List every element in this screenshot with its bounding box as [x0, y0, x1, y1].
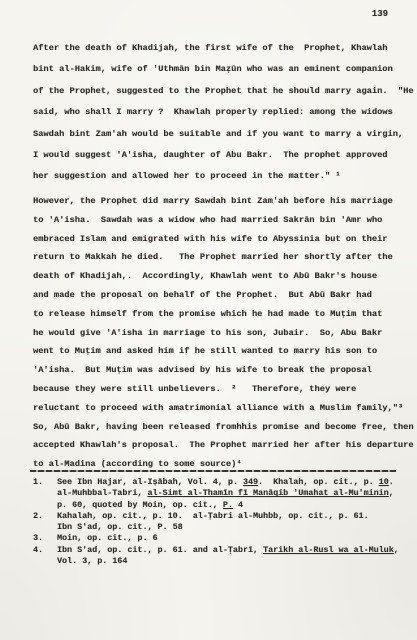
text-line: 'A'isha. But Muṭim was advised by his wi…: [33, 365, 405, 384]
footnote-line: p. 60, quoted by Moin, op. cit., P. 4: [57, 500, 405, 511]
footnote-line: See Ibn Hajar, al-Iṣābah, Vol. 4, p. 349…: [57, 477, 405, 488]
footnotes: 1. See Ibn Hajar, al-Iṣābah, Vol. 4, p. …: [33, 477, 405, 567]
footnote-line: Ibn S'ad, op. cit., P. 58: [57, 522, 405, 533]
text-line: to release himself from the promise whic…: [33, 309, 405, 328]
text-line: After the death of Khadijah, the first w…: [33, 43, 405, 64]
text-line: her suggestion and allowed her to procee…: [33, 171, 405, 192]
footnote-item: 4. Ibn S'ad, op. cit., p. 61. and al-Ṭab…: [33, 545, 405, 568]
footnote-number: 1.: [33, 477, 57, 488]
text-line: reluctant to proceed with amatrimonial a…: [33, 403, 405, 422]
footnote-divider: [30, 470, 396, 472]
text-line: Sawdah bint Zam'ah would be suitable and…: [33, 129, 405, 150]
text-line: to al-Madina (according to some source)⁴: [33, 459, 405, 478]
page-number: 139: [372, 9, 388, 19]
text-line: accepted Khawlah's proposal. The Prophet…: [33, 440, 405, 459]
footnote-number: 3.: [33, 533, 57, 544]
text-line: So, Abū Bakr, having been released fromh…: [33, 422, 405, 441]
footnote-number: 2.: [33, 511, 57, 522]
footnote-line: Kahalah, op. cit., p. 10. al-Ṭabri al-Mu…: [57, 511, 405, 522]
paragraph-1: After the death of Khadijah, the first w…: [33, 43, 405, 193]
footnote-item: 1. See Ibn Hajar, al-Iṣābah, Vol. 4, p. …: [33, 477, 405, 511]
footnote-line: al-Muhbbal-Tabri, al-Simt al-Thamīn fī M…: [57, 488, 405, 499]
text-line: he would give 'A'isha in marriage to his…: [33, 328, 405, 347]
footnote-item: 2. Kahalah, op. cit., p. 10. al-Ṭabri al…: [33, 511, 405, 534]
footnote-number: 4.: [33, 545, 57, 556]
paragraph-2: However, the Prophet did marry Sawdah bi…: [33, 196, 405, 478]
text-line: death of Khadijah,. Accordingly, Khawlah…: [33, 271, 405, 290]
text-line: of the Prophet, suggested to the Prophet…: [33, 86, 405, 107]
text-line: bint al-Hakim, wife of 'Uthmān bin Maẓūn…: [33, 64, 405, 85]
text-line: return to Makkah he died. The Prophet ma…: [33, 252, 405, 271]
text-line: However, the Prophet did marry Sawdah bi…: [33, 196, 405, 215]
text-line: because they were still unbelievers. ² T…: [33, 384, 405, 403]
footnote-line: Vol. 3, p. 164: [57, 556, 405, 567]
scanned-page: 139 After the death of Khadijah, the fir…: [0, 0, 417, 640]
footnote-line: Moin, op. cit., p. 6: [57, 533, 405, 544]
text-line: said, who shall I marry ? Khawlah proper…: [33, 107, 405, 128]
text-line: embraced Islam and emigrated with his wi…: [33, 234, 405, 253]
text-line: went to Muṭim and asked him if he still …: [33, 346, 405, 365]
text-line: and made the proposal on behalf of the P…: [33, 290, 405, 309]
text-line: to 'A'isha. Sawdah was a widow who had m…: [33, 215, 405, 234]
footnote-line: Ibn S'ad, op. cit., p. 61. and al-Ṭabrī,…: [57, 545, 405, 556]
footnote-item: 3. Moin, op. cit., p. 6: [33, 533, 405, 544]
text-line: I would suggest 'A'isha, daughter of Abu…: [33, 150, 405, 171]
